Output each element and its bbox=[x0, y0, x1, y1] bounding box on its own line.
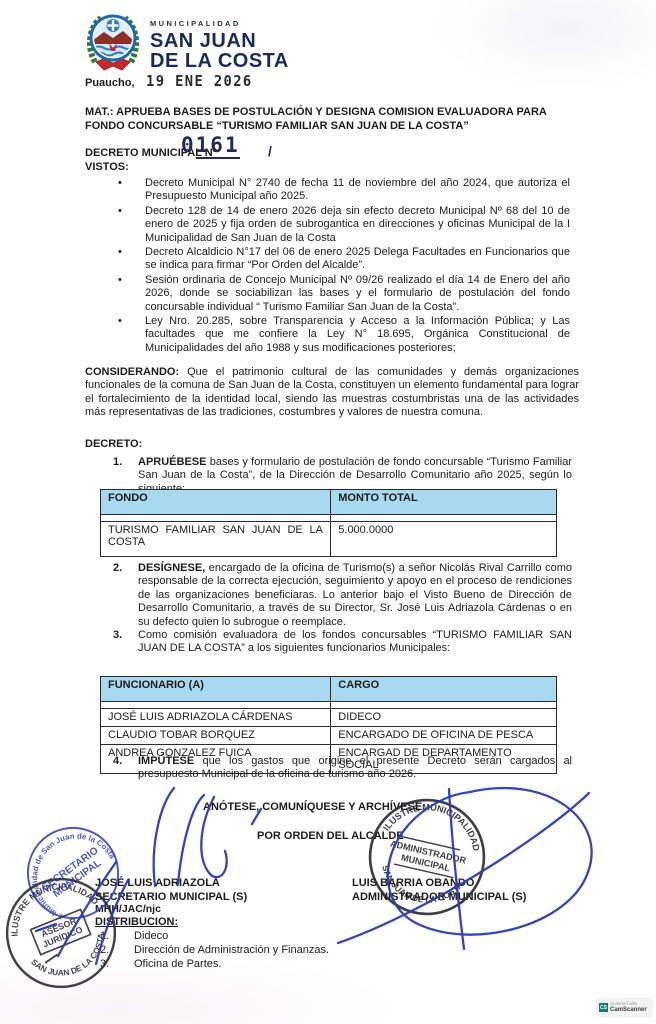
decreto-item-3: 3. Como comisión evaluadora de los fondo… bbox=[113, 629, 572, 656]
spacer-cell bbox=[101, 515, 331, 522]
stamp-center-text: ADMINISTRADOR bbox=[389, 838, 467, 865]
item-number: 4. bbox=[113, 755, 138, 782]
stamp-arc-text: ILUSTRE MUNICIPALIDAD bbox=[0, 867, 102, 940]
bullet-icon: • bbox=[118, 177, 145, 204]
considerando-paragraph: CONSIDERANDO: Que el patrimonio cultural… bbox=[85, 366, 579, 420]
decreto-title: DECRETO: bbox=[85, 438, 142, 450]
fund-table: FONDO MONTO TOTAL TURISMO FAMILIAR SAN J… bbox=[100, 489, 557, 557]
list-item: •Decreto 128 de 14 de enero 2026 deja si… bbox=[118, 205, 570, 245]
bullet-icon: • bbox=[118, 274, 145, 314]
spacer-cell bbox=[101, 702, 331, 709]
right-signatory-title: ADMINISTRADOR MUNICIPAL (S) bbox=[352, 890, 526, 904]
decree-number-first: 0 bbox=[181, 133, 196, 157]
item-text: IMPÚTESE que los gastos que origine el p… bbox=[138, 755, 572, 782]
decree-number-stamp: 0161 bbox=[181, 133, 240, 157]
left-signatory-name: JOSÉ LUIS ADRIAZOLA bbox=[95, 876, 247, 890]
table-row: TURISMO FAMILIAR SAN JUAN DE LA COSTA 5.… bbox=[101, 522, 557, 557]
camscanner-line2: CamScanner bbox=[610, 1007, 647, 1013]
decree-number-rest: 161 bbox=[196, 133, 240, 159]
distribution-item: 1.Dideco bbox=[100, 930, 400, 942]
distribution-item: 2.Dirección de Administración y Finanzas… bbox=[100, 944, 400, 956]
item-lead: APRUÉBESE bbox=[138, 456, 206, 468]
funcionario-cell: CLAUDIO TOBAR BORQUEZ bbox=[101, 727, 331, 745]
table-spacer-row bbox=[101, 702, 557, 709]
fund-name: TURISMO FAMILIAR SAN JUAN DE LA COSTA bbox=[108, 524, 323, 548]
stamp-center-text: SECRETARIO bbox=[40, 845, 100, 893]
decreto-item-4: 4. IMPÚTESE que los gastos que origine e… bbox=[113, 755, 572, 782]
left-signatory: JOSÉ LUIS ADRIAZOLA SECRETARIO MUNICIPAL… bbox=[95, 876, 247, 904]
table-spacer-row bbox=[101, 515, 557, 522]
bullet-icon: • bbox=[118, 246, 145, 273]
spacer-cell bbox=[331, 702, 557, 709]
right-signatory-name: LUIS BARRIA OBANDO bbox=[352, 876, 526, 890]
list-item: •Ley Nro. 20.285, sobre Transparencia y … bbox=[118, 315, 570, 355]
item-number: 3. bbox=[100, 958, 134, 970]
vistos-title: VISTOS: bbox=[85, 161, 129, 173]
list-item: •Sesión ordinaria de Concejo Municipal N… bbox=[118, 274, 570, 314]
item-lead: DESÍGNESE, bbox=[138, 562, 205, 574]
item-body: Como comisión evaluadora de los fondos c… bbox=[138, 629, 572, 656]
table-header-row: FUNCIONARIO (A) CARGO bbox=[101, 677, 557, 702]
brand-line-municipalidad: MUNICIPALIDAD bbox=[150, 20, 289, 28]
date-stamp: 19 ENE 2026 bbox=[146, 72, 253, 90]
item-number: 2. bbox=[100, 944, 134, 956]
item-body: que los gastos que origine el presente D… bbox=[138, 755, 572, 780]
camscanner-icon: CS bbox=[599, 1003, 608, 1012]
list-item: •Decreto Municipal N° 2740 de fecha 11 d… bbox=[118, 177, 570, 204]
subject-line: MAT.: APRUEBA BASES DE POSTULACIÓN Y DES… bbox=[85, 105, 567, 133]
svg-text:ILUSTRE MUNICIPALIDAD: ILUSTRE MUNICIPALIDAD bbox=[0, 867, 102, 940]
stamp-center-text: MUNICIPAL bbox=[400, 852, 451, 873]
anotese-line: ANÓTESE, COMUNÍQUESE Y ARCHÍVESE; bbox=[203, 801, 426, 813]
municipality-name: MUNICIPALIDAD SAN JUAN DE LA COSTA bbox=[150, 20, 289, 71]
considerando-label: CONSIDERANDO: bbox=[85, 366, 179, 378]
scanned-decree-document: MUNICIPALIDAD SAN JUAN DE LA COSTA Puauc… bbox=[0, 0, 656, 1024]
por-orden-line: POR ORDEN DEL ALCALDE bbox=[257, 830, 404, 842]
left-signatory-title: SECRETARIO MUNICIPAL (S) bbox=[95, 890, 247, 904]
brand-line-de-la-costa: DE LA COSTA bbox=[150, 51, 289, 71]
spacer-cell bbox=[331, 515, 557, 522]
amount-column-header: MONTO TOTAL bbox=[331, 490, 557, 515]
item-text: DESÍGNESE, encargado de la oficina de Tu… bbox=[138, 562, 572, 629]
bullet-icon: • bbox=[118, 315, 145, 355]
drafter-initials: MHH/JAC/njc bbox=[95, 903, 161, 915]
funcionario-cell: JOSÉ LUIS ADRIAZOLA CÁRDENAS bbox=[101, 709, 331, 727]
item-number: 3. bbox=[113, 629, 138, 656]
item-number: 1. bbox=[100, 930, 134, 942]
stamp-center-text: JURÍDICO bbox=[41, 924, 84, 949]
distribution-item: 3.Oficina de Partes. bbox=[100, 958, 400, 970]
cargo-cell: DIDECO bbox=[331, 709, 557, 727]
table-row: JOSÉ LUIS ADRIAZOLA CÁRDENAS DIDECO bbox=[101, 709, 557, 727]
vistos-item-text: Decreto Alcaldicio N°17 del 06 de enero … bbox=[145, 246, 570, 273]
item-body: Oficina de Partes. bbox=[134, 958, 221, 970]
vistos-item-text: Ley Nro. 20.285, sobre Transparencia y A… bbox=[145, 315, 570, 355]
scan-smudge bbox=[430, 0, 656, 90]
fund-column-header: FONDO bbox=[101, 490, 331, 515]
list-item: •Decreto Alcaldicio N°17 del 06 de enero… bbox=[118, 246, 570, 273]
cargo-cell: ENCARGADO DE OFICINA DE PESCA bbox=[331, 727, 557, 745]
item-number: 2. bbox=[113, 562, 138, 629]
table-row: CLAUDIO TOBAR BORQUEZ ENCARGADO DE OFICI… bbox=[101, 727, 557, 745]
vistos-list: •Decreto Municipal N° 2740 de fecha 11 d… bbox=[118, 177, 570, 356]
funcionario-column-header: FUNCIONARIO (A) bbox=[101, 677, 331, 702]
stamp-center-text: ASESOR bbox=[40, 916, 79, 939]
amount-cell: 5.000.0000 bbox=[331, 522, 557, 557]
vistos-item-text: Sesión ordinaria de Concejo Municipal Nº… bbox=[145, 274, 570, 314]
item-body: Dirección de Administración y Finanzas. bbox=[134, 944, 329, 956]
vistos-item-text: Decreto Municipal N° 2740 de fecha 11 de… bbox=[145, 177, 570, 204]
municipality-logo-icon bbox=[84, 10, 142, 74]
vistos-item-text: Decreto 128 de 14 de enero 2026 deja sin… bbox=[145, 205, 570, 245]
bullet-icon: • bbox=[118, 205, 145, 245]
place-label: Puaucho, bbox=[85, 77, 135, 90]
distribution-label: DISTRIBUCION: bbox=[95, 916, 178, 928]
camscanner-text: Scanned with CamScanner bbox=[610, 1002, 647, 1013]
camscanner-watermark: CS Scanned with CamScanner bbox=[597, 999, 652, 1016]
right-signatory: LUIS BARRIA OBANDO ADMINISTRADOR MUNICIP… bbox=[352, 876, 526, 904]
cargo-column-header: CARGO bbox=[331, 677, 557, 702]
decree-number-slash: / bbox=[268, 143, 272, 159]
decreto-item-2: 2. DESÍGNESE, encargado de la oficina de… bbox=[113, 562, 572, 629]
item-body: Dideco bbox=[134, 930, 168, 942]
fund-cell: TURISMO FAMILIAR SAN JUAN DE LA COSTA bbox=[101, 522, 331, 557]
item-lead: IMPÚTESE bbox=[138, 755, 194, 767]
table-header-row: FONDO MONTO TOTAL bbox=[101, 490, 557, 515]
brand-line-san-juan: SAN JUAN bbox=[150, 31, 289, 51]
